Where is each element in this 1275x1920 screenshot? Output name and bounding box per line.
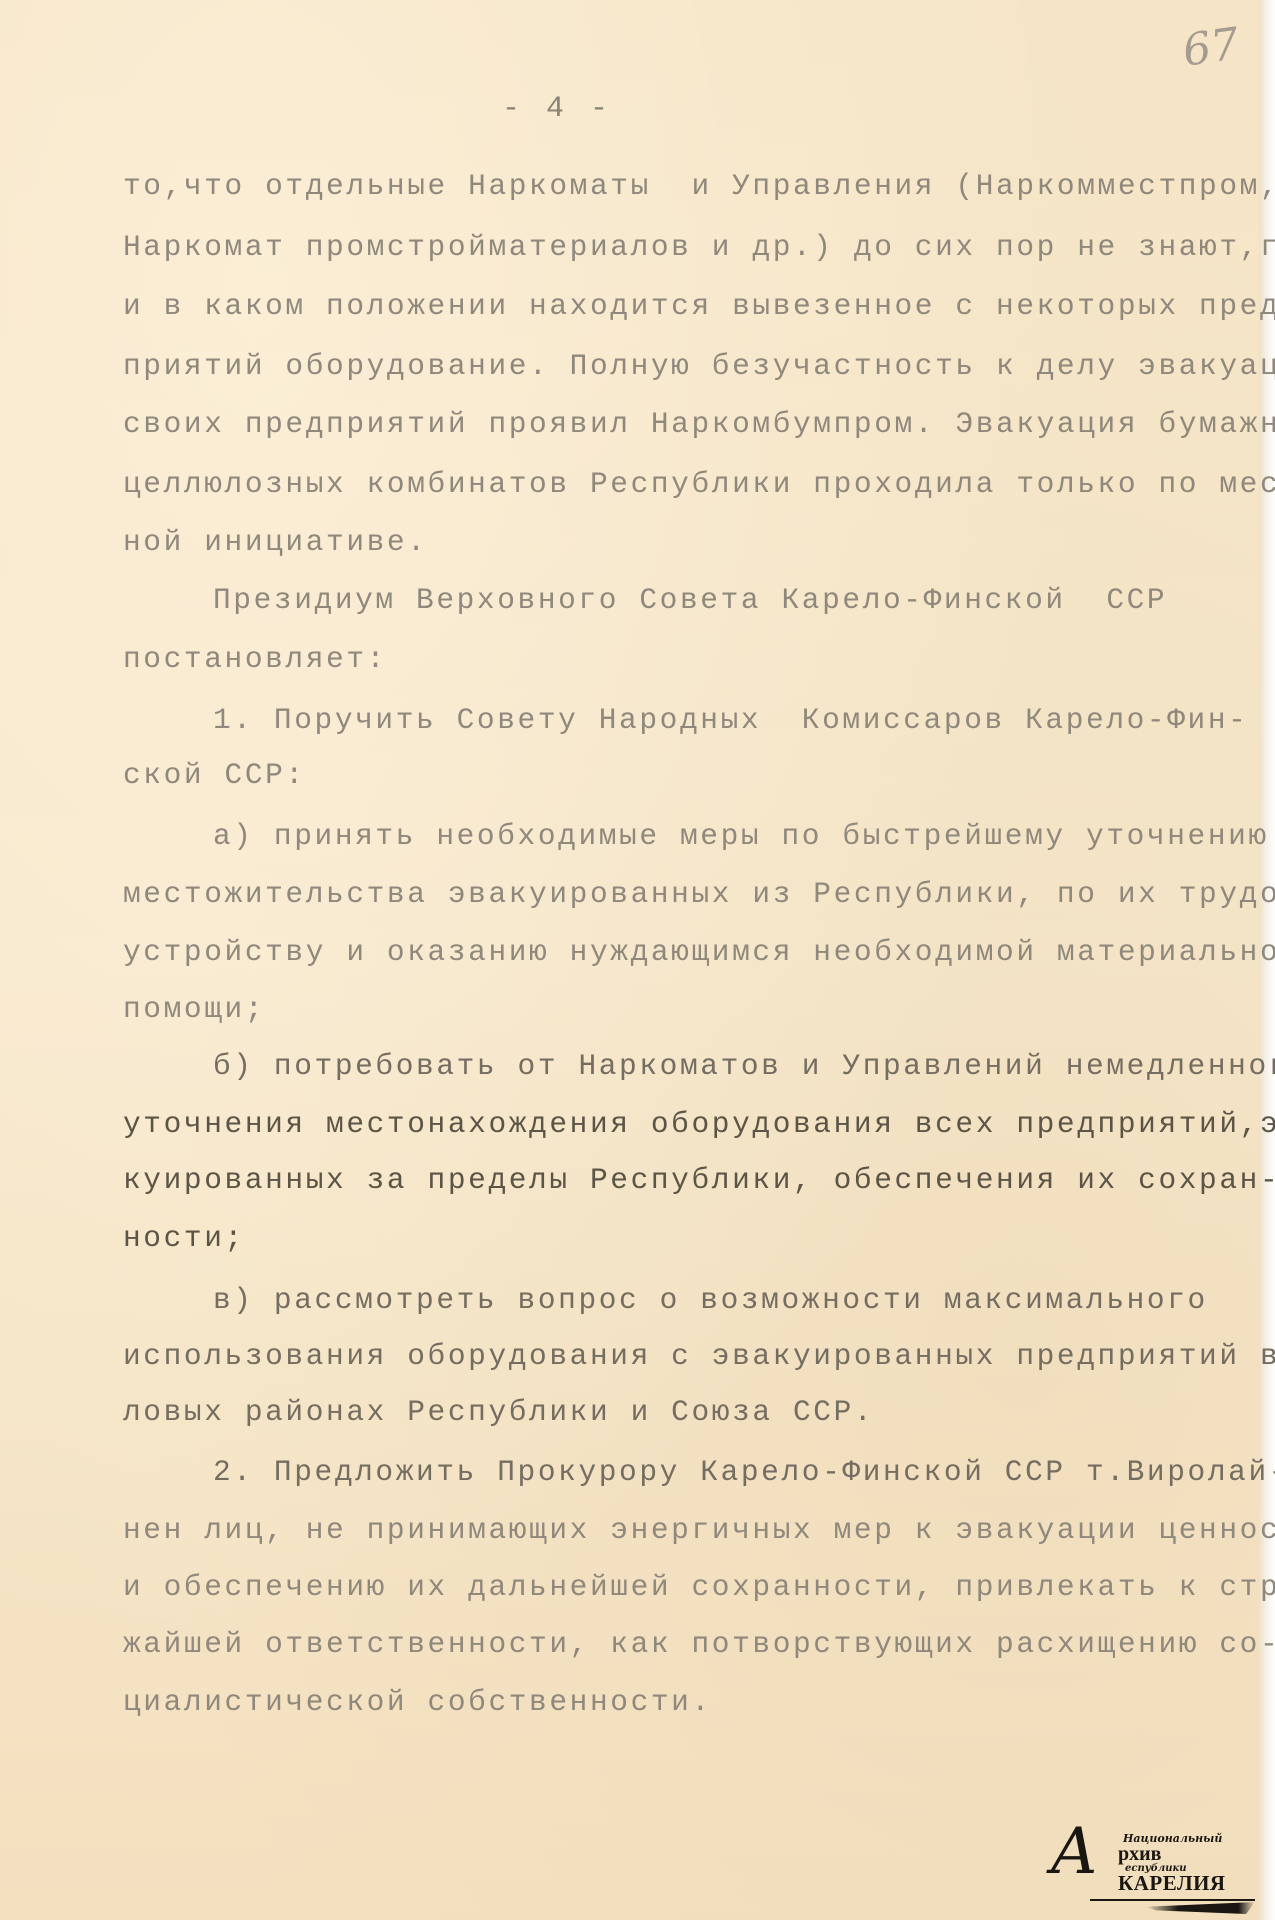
text-line: приятий оборудование. Полную безучастнос… [123,352,1275,382]
text-line: нен лиц, не принимающих энергичных мер к… [123,1516,1275,1546]
text-line: целлюлозных комбинатов Республики проход… [123,470,1275,500]
text-line: куированных за пределы Республики, обесп… [123,1166,1275,1196]
text-line: уточнения местонахождения оборудования в… [123,1110,1275,1140]
text-line: то,что отдельные Наркоматы и Управления … [123,172,1275,202]
text-line: помощи; [123,995,265,1025]
archive-logo: А Национальный рхив еспублики КАРЕЛИЯ [1050,1820,1260,1915]
text-line: 2. Предложить Прокурору Карело-Финской С… [213,1458,1275,1488]
quill-icon [1145,1902,1255,1914]
text-line: жайшей ответственности, как потворствующ… [123,1630,1275,1660]
logo-line-2: рхив [1118,1844,1161,1864]
text-line: устройству и оказанию нуждающимся необхо… [123,938,1275,968]
text-line: 1. Поручить Совету Народных Комиссаров К… [213,706,1248,736]
text-line: использования оборудования с эвакуирован… [123,1342,1275,1372]
text-line: Наркомат промстройматериалов и др.) до с… [123,233,1275,263]
text-line: Президиум Верховного Совета Карело-Финск… [213,586,1167,616]
text-line: ловых районах Республики и Союза ССР. [123,1398,874,1428]
text-line: постановляет: [123,645,387,675]
folio-number: 67 [1180,18,1243,76]
text-line: б) потребовать от Наркоматов и Управлени… [213,1052,1275,1082]
text-line: а) принять необходимые меры по быстрейше… [213,822,1269,852]
text-line: циалистической собственности. [123,1688,712,1718]
text-line: в) рассмотреть вопрос о возможности макс… [213,1286,1208,1316]
text-line: ной инициативе. [123,528,428,558]
text-line: местожительства эвакуированных из Респуб… [123,880,1275,910]
logo-initial: А [1050,1820,1098,1884]
page-number: - 4 - [502,92,612,126]
text-line: своих предприятий проявил Наркомбумпром.… [123,410,1275,440]
logo-rule [1090,1899,1255,1901]
logo-line-4: КАРЕЛИЯ [1118,1873,1226,1894]
text-line: ской ССР: [123,761,306,791]
text-line: и обеспечению их дальнейшей сохранности,… [123,1573,1275,1603]
text-line: ности; [123,1224,245,1254]
text-line: и в каком положении находится вывезенное… [123,292,1275,322]
